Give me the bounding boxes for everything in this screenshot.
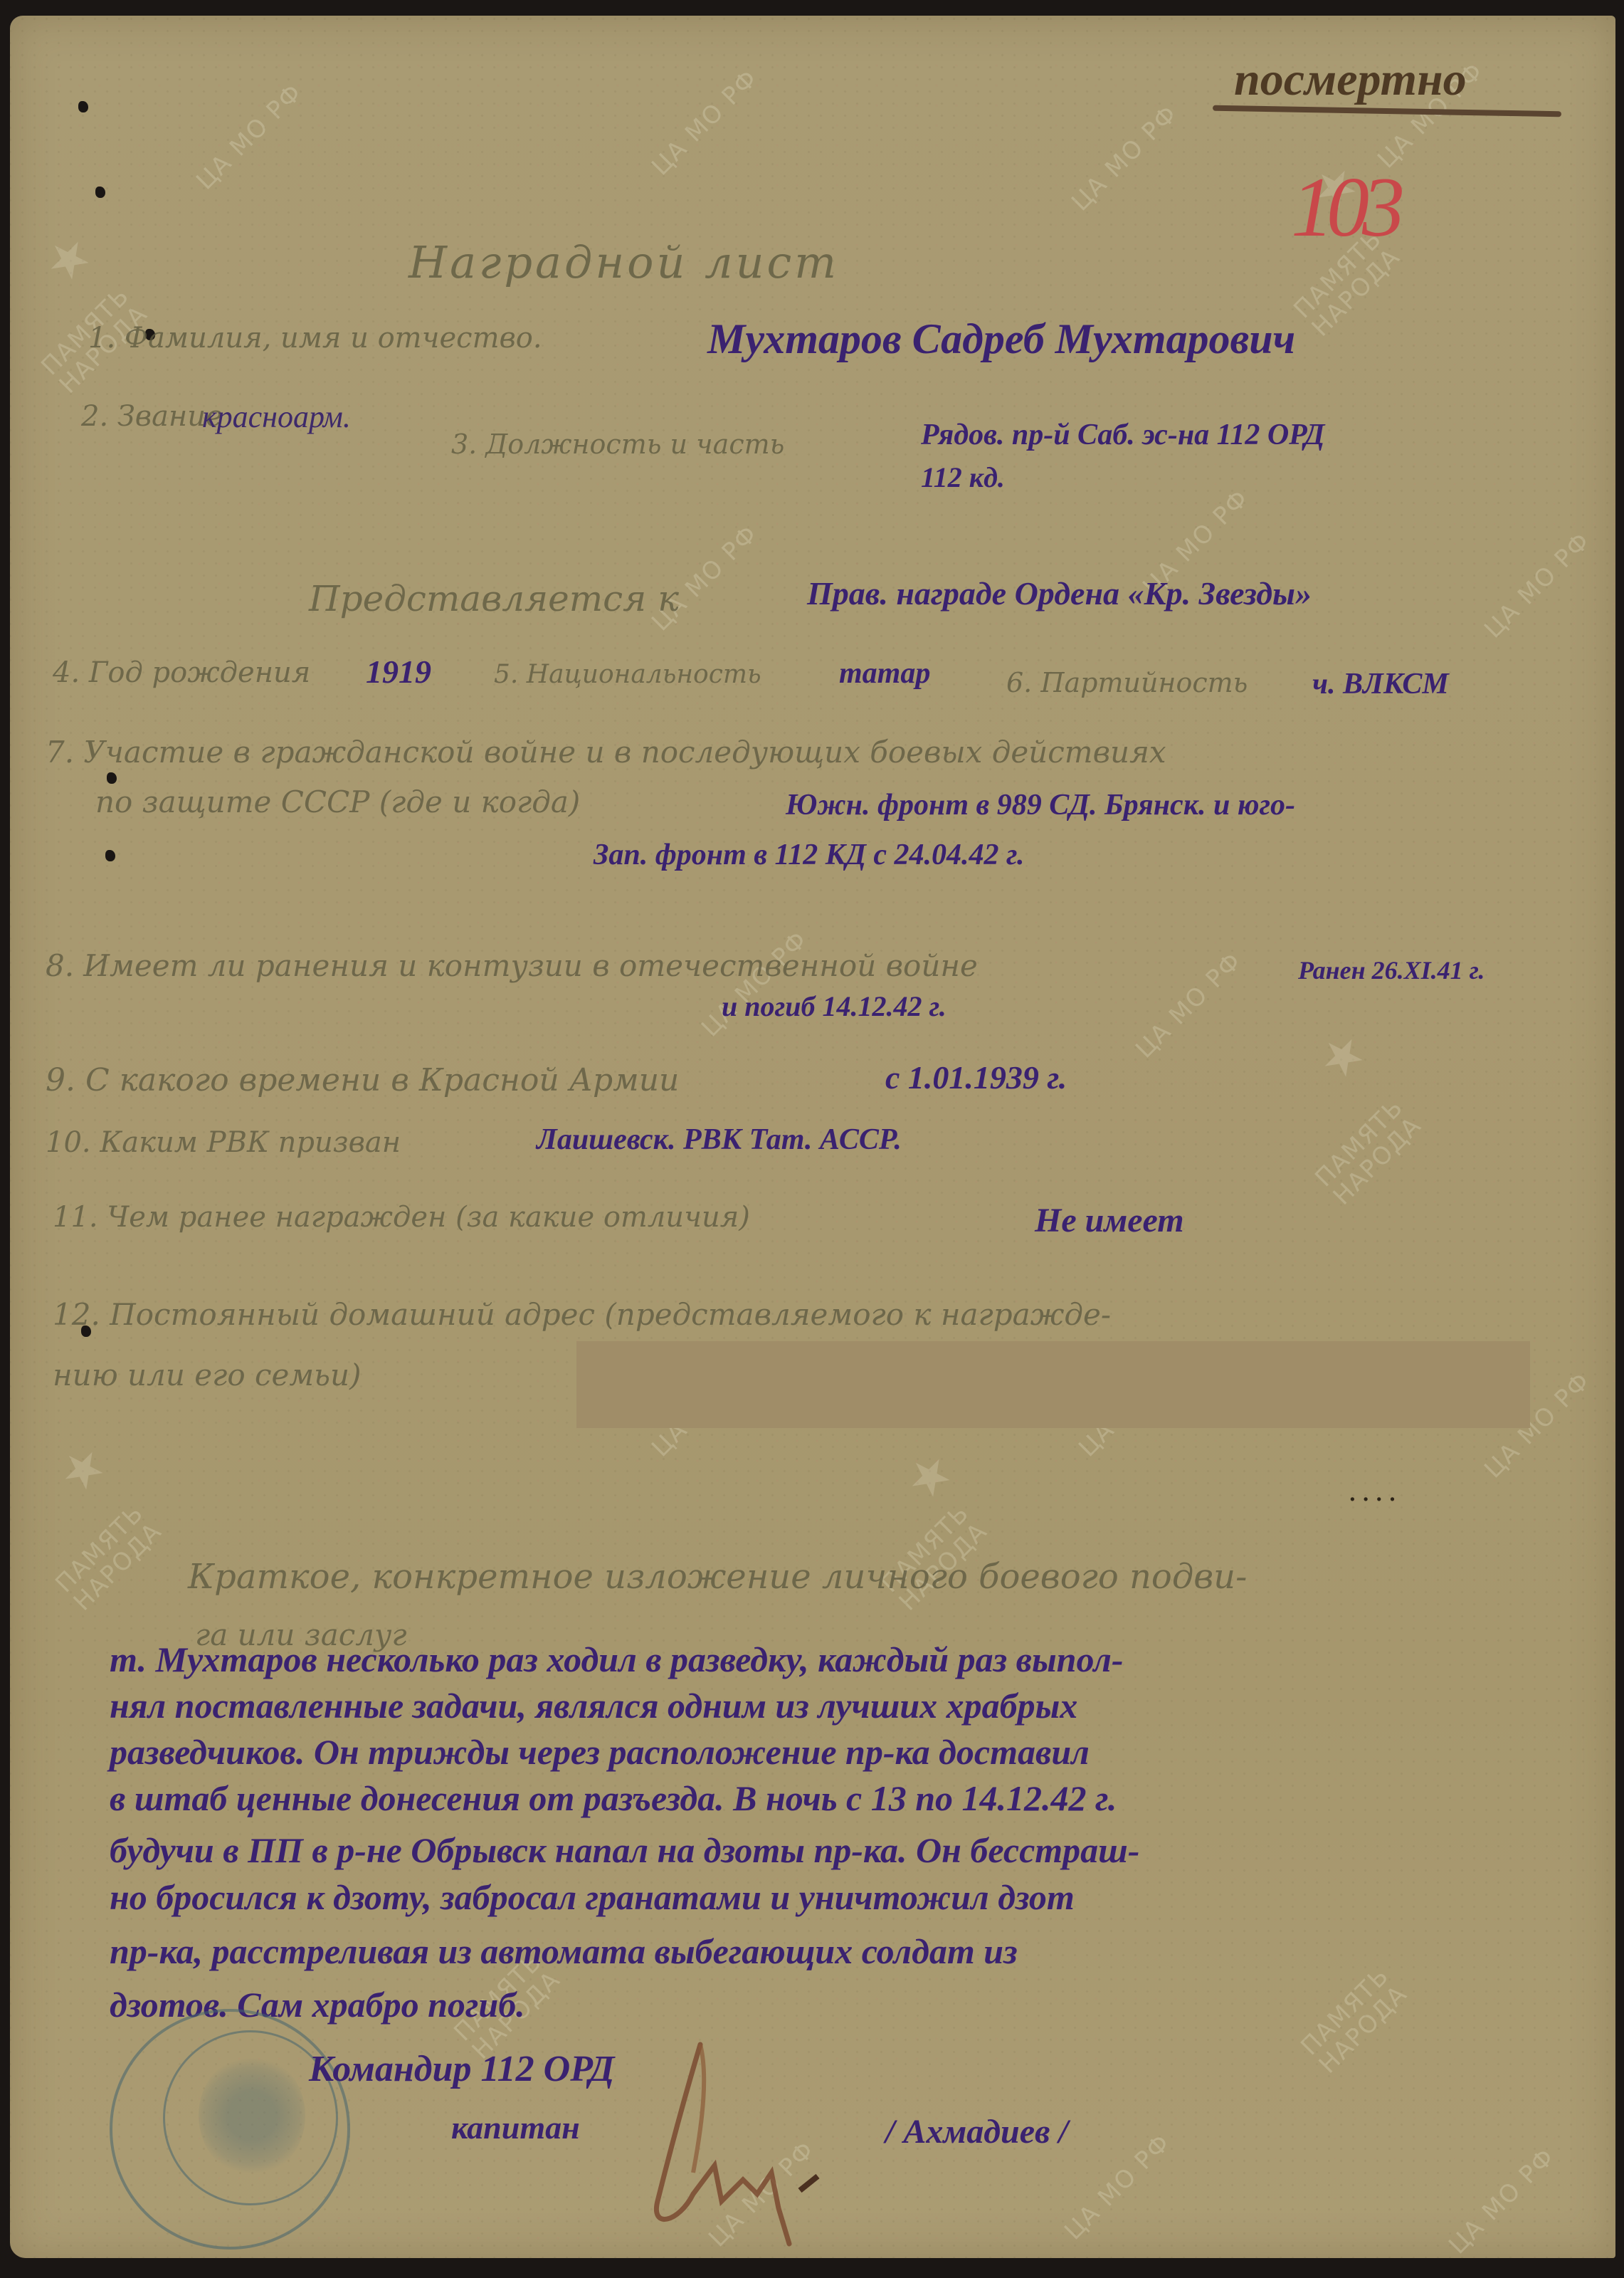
field-11-previous-awards: Не имеет	[1035, 1201, 1184, 1240]
field-7-label-line2: по защите СССР (где и когда)	[95, 784, 580, 819]
field-11-label: 11. Чем ранее награжден (за какие отличи…	[53, 1201, 750, 1234]
watermark-project: ПАМЯТЬНАРОДА	[51, 1500, 167, 1616]
field-3-position: Рядов. пр-й Саб. эс-на 112 ОРД	[921, 418, 1324, 452]
field-9-label: 9. С какого времени в Красной Армии	[46, 1062, 679, 1098]
official-stamp	[110, 2009, 352, 2251]
field-10-label: 10. Каким РВК призван	[46, 1126, 401, 1159]
signer-name: / Ахмадиев /	[885, 2112, 1068, 2151]
narrative-line: пр-ка, расстреливая из автомата выбегающ…	[110, 1931, 1018, 1972]
field-5-nationality: татар	[839, 656, 930, 691]
watermark-archive: ЦА МО РФ	[696, 925, 813, 1043]
watermark-archive: ЦА МО РФ	[1066, 100, 1183, 217]
field-4-label: 4. Год рождения	[53, 656, 310, 689]
presented-for-label: Представляется к	[309, 578, 679, 619]
narrative-line: разведчиков. Он трижды через расположени…	[110, 1731, 1090, 1773]
watermark-archive: ЦА МО РФ	[1443, 2143, 1561, 2258]
signer-rank: капитан	[451, 2109, 580, 2146]
field-9-army-since: с 1.01.1939 г.	[885, 1059, 1067, 1096]
watermark-archive: ЦА МО РФ	[646, 64, 764, 182]
watermark-star-icon: ★	[892, 1439, 966, 1513]
punch-hole	[105, 850, 115, 861]
field-2-rank: красноарм.	[202, 399, 351, 435]
field-12-label-line1: 12. Постоянный домашний адрес (представл…	[53, 1297, 1111, 1332]
field-7-label-line1: 7. Участие в гражданской войне и в после…	[46, 735, 1166, 770]
watermark-archive: ЦА МО РФ	[1130, 947, 1248, 1064]
field-5-label: 5. Национальность	[494, 660, 761, 689]
field-7-service-history-line2: Зап. фронт в 112 КД с 24.04.42 г.	[594, 838, 1025, 872]
narrative-line: будучи в ПП в р-не Обрывск напал на дзот…	[110, 1830, 1139, 1871]
red-archive-mark: 103	[1291, 158, 1398, 256]
presented-for-award: Прав. награде Ордена «Кр. Звезды»	[807, 574, 1312, 612]
field-6-label: 6. Партийность	[1006, 667, 1248, 698]
field-3-unit: 112 кд.	[921, 461, 1005, 494]
stamp-emblem	[199, 2055, 305, 2176]
narrative-line: в штаб ценные донесения от разъезда. В н…	[110, 1778, 1117, 1819]
award-sheet-page: ЦА МО РФ ЦА МО РФ ЦА МО РФ ЦА МО РФ ЦА М…	[10, 16, 1615, 2258]
narrative-line: нял поставленные задачи, являлся одним и…	[110, 1685, 1077, 1726]
field-8-label: 8. Имеет ли ранения и контузии в отечест…	[46, 948, 978, 983]
field-6-party: ч. ВЛКСМ	[1312, 667, 1449, 701]
watermark-star-icon: ★	[31, 221, 105, 295]
field-2-label: 2. Звание	[81, 400, 223, 433]
narrative-heading-line1: Краткое, конкретное изложение личного бо…	[188, 1557, 1247, 1597]
corner-note-underline	[1213, 105, 1561, 117]
watermark-archive: ЦА МО РФ	[1479, 527, 1596, 644]
field-1-label: 1. Фамилия, имя и отчество.	[88, 322, 542, 355]
punch-hole	[78, 101, 88, 112]
watermark-archive: ЦА МО РФ	[191, 78, 308, 196]
dotted-ellipsis: ....	[1348, 1475, 1401, 1508]
watermark-project: ПАМЯТЬНАРОДА	[1311, 1094, 1427, 1210]
field-8-killed: и погиб 14.12.42 г.	[722, 990, 947, 1023]
address-redaction-block	[576, 1341, 1530, 1428]
field-1-full-name: Мухтаров Садреб Мухтарович	[707, 315, 1295, 364]
posthumous-note: посмертно	[1234, 53, 1467, 107]
narrative-line: но бросился к дзоту, забросал гранатами …	[110, 1877, 1075, 1918]
signer-role: Командир 112 ОРД	[309, 2048, 614, 2090]
punch-hole	[95, 187, 105, 198]
watermark-star-icon: ★	[1305, 1019, 1379, 1093]
field-10-draft-office: Лаишевск. РВК Тат. АССР.	[537, 1123, 902, 1157]
field-12-label-line2: нию или его семьи)	[53, 1358, 361, 1392]
field-4-birth-year: 1919	[366, 653, 431, 691]
watermark-archive: ЦА МО РФ	[1059, 2129, 1176, 2246]
watermark-project: ПАМЯТЬНАРОДА	[1297, 1963, 1413, 2079]
field-3-label: 3. Должность и часть	[451, 429, 784, 460]
punch-hole	[107, 772, 117, 784]
watermark-star-icon: ★	[46, 1432, 120, 1506]
narrative-line: т. Мухтаров несколько раз ходил в развед…	[110, 1639, 1124, 1680]
field-8-wounded: Ранен 26.XI.41 г.	[1298, 955, 1485, 985]
document-title: Наградной лист	[408, 236, 839, 288]
field-7-service-history-line1: Южн. фронт в 989 СД. Брянск. и юго-	[786, 788, 1295, 822]
